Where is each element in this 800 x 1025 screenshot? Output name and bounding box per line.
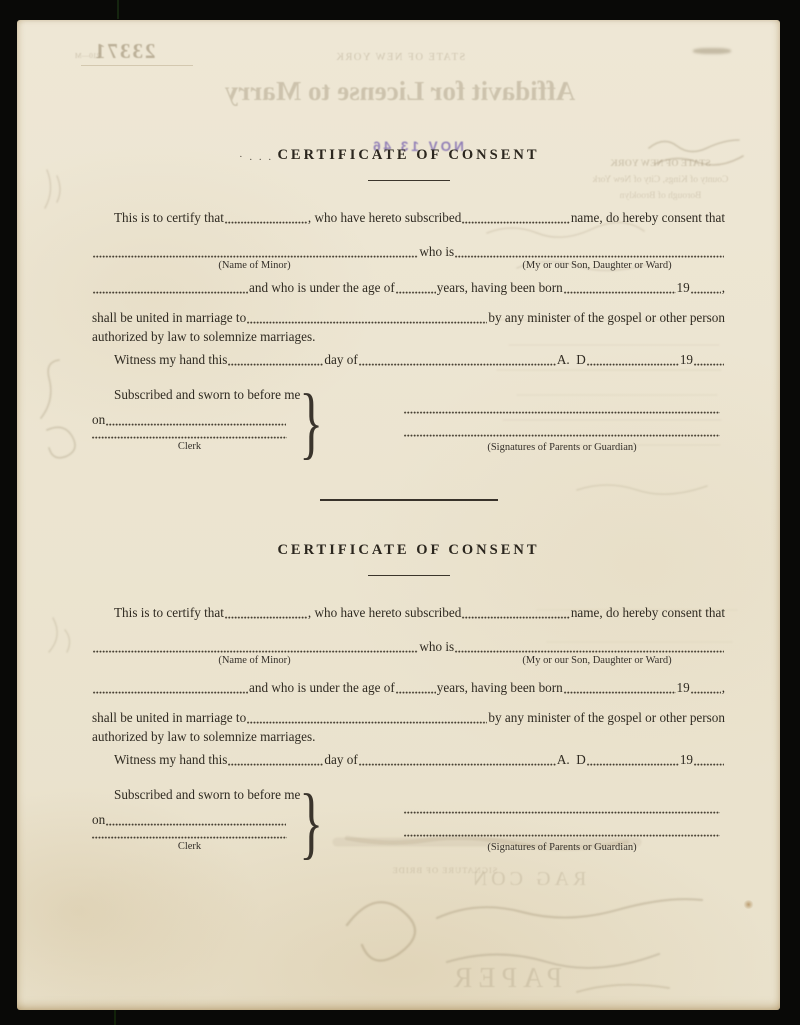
- born-text: years, having been born: [437, 680, 563, 696]
- clerk-label: Clerk: [92, 441, 287, 453]
- age-text: and who is under the age of: [249, 280, 395, 296]
- day-of-text: day of: [324, 352, 357, 368]
- bleed-serial-underline: [81, 65, 193, 66]
- bleed-smudge: [693, 48, 731, 54]
- who-is-text: who is: [419, 639, 454, 655]
- age-line: and who is under the age of years, havin…: [92, 280, 725, 296]
- relation-label: (My or our Son, Daughter or Ward): [487, 655, 707, 667]
- fill-in-line: [462, 605, 570, 620]
- paper-stain: [743, 900, 754, 909]
- fill-in-line: [691, 680, 721, 695]
- age-text: and who is under the age of: [249, 680, 395, 696]
- fill-in-line: [694, 352, 724, 367]
- paper-watermark-top: RAG CON: [435, 868, 620, 891]
- signatures-label: (Signatures of Parents or Guardian): [404, 442, 720, 454]
- fill-in-line: [396, 680, 436, 695]
- clerk-signature-line: [92, 825, 287, 840]
- fill-in-line: [462, 210, 570, 225]
- authorized-line: authorized by law to solemnize marriages…: [92, 329, 725, 345]
- bleed-signature-caption: SIGNATURE OF BRIDE: [377, 865, 512, 875]
- fill-in-line: [564, 680, 676, 695]
- clerk-signature-line: [92, 425, 287, 440]
- certificate-of-consent-1: CERTIFICATE OF CONSENT This is to certif…: [92, 147, 725, 467]
- section-divider-rule: [320, 499, 498, 501]
- name-of-minor-label: (Name of Minor): [162, 260, 347, 272]
- fill-in-line: [455, 244, 724, 259]
- year-prefix: 19: [680, 352, 693, 368]
- fill-in-line: [225, 210, 307, 225]
- year-prefix: 19: [677, 680, 690, 696]
- signatures-label: (Signatures of Parents or Guardian): [404, 842, 720, 854]
- fill-in-line: [247, 710, 487, 725]
- certify-line: This is to certify that , who have heret…: [92, 605, 725, 621]
- witness-text: Witness my hand this: [114, 352, 227, 368]
- fill-in-line: [93, 680, 248, 695]
- fill-in-line: [228, 752, 323, 767]
- subscribed-text: , who have hereto subscribed: [308, 605, 461, 621]
- fill-in-line: [359, 352, 556, 367]
- subscribed-text: , who have hereto subscribed: [308, 210, 461, 226]
- fill-in-line: [359, 752, 556, 767]
- marriage-line: shall be united in marriage to by any mi…: [92, 710, 725, 726]
- fill-in-line: [247, 310, 487, 325]
- ad-text: A. D: [557, 352, 586, 368]
- name-of-minor-label: (Name of Minor): [162, 655, 347, 667]
- paper-watermark-bottom: PAPER: [430, 963, 580, 995]
- fill-in-line: [396, 280, 436, 295]
- parent-signature-line: [404, 800, 720, 815]
- ad-text: A. D: [557, 752, 586, 768]
- certificate-title: CERTIFICATE OF CONSENT: [92, 542, 725, 559]
- fill-in-line: [93, 280, 248, 295]
- parent-signature-line: [404, 400, 720, 415]
- bleed-state-heading: STATE OF NEW YORK: [275, 52, 525, 63]
- fill-in-line: [587, 352, 679, 367]
- fill-in-line: [587, 752, 679, 767]
- fill-in-line: [93, 244, 418, 259]
- fill-in-line: [228, 352, 323, 367]
- witness-line: Witness my hand this day of A. D 19: [92, 752, 725, 768]
- title-underline: [368, 180, 450, 181]
- who-is-line: who is: [92, 244, 725, 260]
- subscribed-sworn-text: Subscribed and sworn to before me: [114, 387, 300, 403]
- comma: ,: [722, 680, 725, 696]
- fill-in-line: [225, 605, 307, 620]
- bleed-serial-number: 23371: [93, 39, 156, 64]
- authorized-text: authorized by law to solemnize marriages…: [92, 729, 315, 745]
- consent-text: name, do hereby consent that: [571, 210, 725, 226]
- parent-signature-line: [404, 823, 720, 838]
- bleed-form-number: 210—M: [75, 51, 100, 60]
- certify-line: This is to certify that , who have heret…: [92, 210, 725, 226]
- fill-in-line: [564, 280, 676, 295]
- subscribed-sworn-text: Subscribed and sworn to before me: [114, 787, 300, 803]
- witness-line: Witness my hand this day of A. D 19: [92, 352, 725, 368]
- age-line: and who is under the age of years, havin…: [92, 680, 725, 696]
- relation-label: (My or our Son, Daughter or Ward): [487, 260, 707, 272]
- title-underline: [368, 575, 450, 576]
- fill-in-line: [694, 752, 724, 767]
- fill-in-line: [691, 280, 721, 295]
- comma: ,: [722, 280, 725, 296]
- day-of-text: day of: [324, 752, 357, 768]
- marriage-line: shall be united in marriage to by any mi…: [92, 310, 725, 326]
- authorized-text: authorized by law to solemnize marriages…: [92, 329, 315, 345]
- certify-text: This is to certify that: [114, 605, 224, 621]
- born-text: years, having been born: [437, 280, 563, 296]
- scan-artifact-line: [117, 0, 119, 19]
- authorized-line: authorized by law to solemnize marriages…: [92, 729, 725, 745]
- clerk-label: Clerk: [92, 841, 287, 853]
- minister-text: by any minister of the gospel or other p…: [488, 710, 725, 726]
- scanner-background: { "document": { "type_label": "scanned m…: [0, 0, 800, 1025]
- marriage-text: shall be united in marriage to: [92, 310, 246, 326]
- consent-text: name, do hereby consent that: [571, 605, 725, 621]
- fill-in-line: [93, 639, 418, 654]
- fill-in-line: [455, 639, 724, 654]
- certificate-of-consent-2: CERTIFICATE OF CONSENT This is to certif…: [92, 542, 725, 862]
- year-prefix: 19: [677, 280, 690, 296]
- minister-text: by any minister of the gospel or other p…: [488, 310, 725, 326]
- who-is-text: who is: [419, 244, 454, 260]
- bleed-affidavit-title: Affidavit for License to Marry: [160, 76, 640, 107]
- marriage-text: shall be united in marriage to: [92, 710, 246, 726]
- brace-glyph: }: [299, 383, 323, 463]
- document-paper: 23371 210—M STATE OF NEW YORK Affidavit …: [17, 20, 780, 1010]
- who-is-line: who is: [92, 639, 725, 655]
- parent-signature-line: [404, 423, 720, 438]
- brace-glyph: }: [299, 783, 323, 863]
- witness-text: Witness my hand this: [114, 752, 227, 768]
- certify-text: This is to certify that: [114, 210, 224, 226]
- year-prefix: 19: [680, 752, 693, 768]
- certificate-title: CERTIFICATE OF CONSENT: [92, 147, 725, 164]
